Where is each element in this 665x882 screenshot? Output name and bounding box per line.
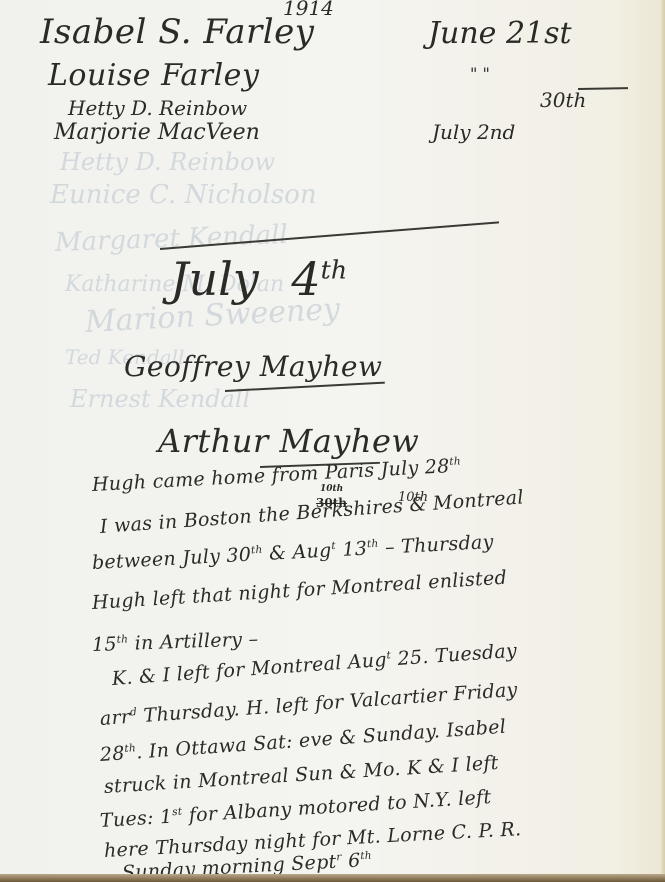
diary-line: 15th in Artillery – <box>92 628 259 656</box>
diary-line: I was in Boston the Berkshires & Montrea… <box>99 486 524 538</box>
ditto-mark: " " <box>470 64 490 83</box>
ghost-line: Hetty D. Reinbow <box>60 148 275 176</box>
signature: Isabel S. Farley <box>40 12 314 52</box>
ghost-line: Ernest Kendall <box>70 385 250 413</box>
ghost-line: Eunice C. Nicholson <box>50 180 317 210</box>
section-day: 4 <box>291 252 320 306</box>
signature: Hetty D. Reinbow <box>68 96 247 120</box>
entry-date: July 2nd <box>432 120 515 144</box>
signature: Arthur Mayhew <box>158 422 419 460</box>
signature: Marjorie MacVeen <box>54 120 260 145</box>
underline <box>578 87 628 89</box>
diary-line: between July 30th & Augt 13th – Thursday <box>91 531 494 574</box>
signature: Geoffrey Mayhew <box>124 350 382 383</box>
entry-date: 30th <box>540 88 586 112</box>
entry-date: June 21st <box>428 16 572 51</box>
section-suffix: th <box>321 256 347 285</box>
guestbook-page: Hetty D. Reinbow Eunice C. Nicholson Mar… <box>0 0 665 882</box>
page-edge <box>661 0 665 882</box>
section-date: July 4th <box>170 252 347 306</box>
signature: Louise Farley <box>48 58 259 93</box>
diary-line: Hugh left that night for Montreal enlist… <box>91 567 507 614</box>
page-bottom-edge <box>0 874 665 882</box>
date-correction: 10th <box>320 484 343 494</box>
section-month: July <box>170 252 259 306</box>
